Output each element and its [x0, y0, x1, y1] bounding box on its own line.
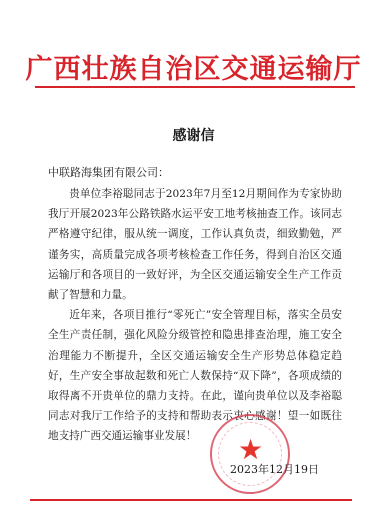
salutation: 中联路海集团有限公司：	[48, 164, 169, 182]
letter-body: 贵单位李裕聪同志于2023年7月至12月期间作为专家协助我厅开展2023年公路铁…	[48, 184, 342, 447]
red-star-icon: ★	[238, 436, 263, 464]
letterhead-divider	[35, 86, 355, 88]
letterhead-org-name: 广西壮族自治区交通运输厅	[0, 55, 387, 85]
footer-divider	[30, 499, 352, 501]
letter-date: 2023年12月19日	[230, 462, 319, 478]
document-title: 感谢信	[0, 127, 387, 145]
paragraph-1: 贵单位李裕聪同志于2023年7月至12月期间作为专家协助我厅开展2023年公路铁…	[48, 184, 342, 305]
paragraph-2: 近年来，各项目推行“零死亡”安全管理目标，落实全员安全生产责任制，强化风险分级管…	[48, 305, 342, 446]
official-seal: ★	[210, 414, 290, 494]
